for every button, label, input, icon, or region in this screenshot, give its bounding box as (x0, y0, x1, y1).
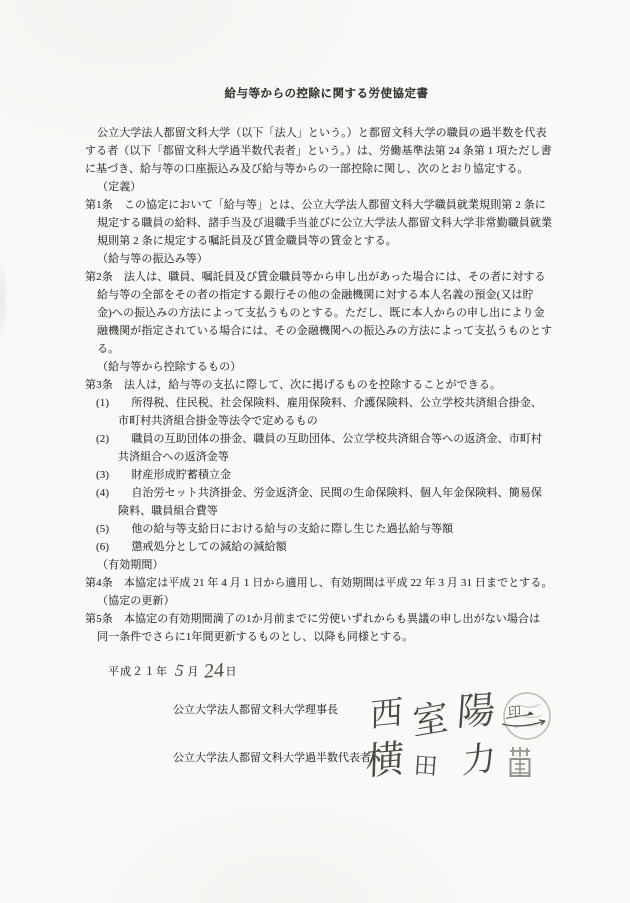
document-line: 規定する職員の給料、諸手当及び退職手当並びに公立大学法人都留文科大学非常勤職員就… (85, 214, 563, 232)
document-line: 公立大学法人都留文科大学（以下「法人」という。）と都留文科大学の職員の過半数を代… (85, 124, 563, 142)
document-line: (1) 所得税、住民税、社会保険料、雇用保険料、介護保険料、公立学校共済組合掛金… (85, 394, 563, 412)
date-day-handwritten: 24 (203, 659, 224, 684)
document-line: 給与等の全部をその者の指定する銀行その他の金融機関に対する本人名義の預金(又は貯 (85, 286, 563, 304)
document-line: （定義） (85, 178, 563, 196)
signature-representative-handwritten: 横田力 (366, 740, 496, 782)
signature-character: 室 (411, 699, 449, 741)
signature-character: 力 (462, 742, 497, 781)
document-line: る。 (85, 340, 563, 358)
date-day-label: 日 (226, 663, 238, 679)
document-title: 給与等からの控除に関する労使協定書 (95, 85, 558, 103)
date-era-printed: 平成２１年 (108, 663, 168, 679)
document-line: (5) 他の給与等支給日における給与の支給に際し生じた過払給与等額 (85, 520, 563, 538)
document-line: （協定の更新） (85, 592, 563, 610)
document-line: する者（以下「都留文科大学過半数代表者」という。）は、労働基準法第 24 条第 … (85, 142, 563, 160)
document-line: に基づき、給与等の口座振込み及び給与等からの一部控除に関し、次のとおり協定する。 (85, 160, 563, 178)
document-line: 第5条 本協定の有効期間満了の1か月前までに労使いずれからも異議の申し出がない場… (85, 610, 563, 628)
signature-character: 西 (370, 697, 403, 734)
document-line: 同一条件でさらに1年間更新するものとし、以降も同様とする。 (85, 628, 563, 646)
seal-arrow-icon (499, 714, 553, 732)
document-line: 共済組合への返済金等 (85, 448, 563, 466)
document-line: 市町村共済組合掛金等法令で定めるもの (85, 412, 563, 430)
document-line: 第2条 法人は、職員、嘱託員及び賃金職員等から申し出があった場合には、その者に対… (85, 268, 563, 286)
document-line: (4) 自治労セット共済掛金、労金返済金、民間の生命保険料、個人年金保険料、簡易… (85, 484, 563, 502)
document-line: 規則第 2 条に規定する嘱託員及び賃金職員等の賃金とする。 (85, 232, 563, 250)
date-month-label: 月 (188, 663, 200, 679)
document-body: 公立大学法人都留文科大学（以下「法人」という。）と都留文科大学の職員の過半数を代… (85, 124, 563, 646)
document-line: 融機関が指定されている場合には、その金融機関への振込みの方法によって支払うものと… (85, 322, 563, 340)
document-line: （給与等から控除するもの） (85, 358, 563, 376)
signer-title-chairman: 公立大学法人都留文科大学理事長 (173, 702, 338, 718)
document-line: (2) 職員の互助団体の掛金、職員の互助団体、公立学校共済組合等への返済金、市町… (85, 430, 563, 448)
signature-character: 田 (413, 754, 439, 780)
document-line: 険料、職員組合費等 (85, 502, 563, 520)
date-month-handwritten: 5 (172, 661, 187, 682)
document-line: 第4条 本協定は平成 21 年 4 月 1 日から適用し、有効期間は平成 22 … (85, 574, 563, 592)
document-line: (3) 財産形成貯蓄積立金 (85, 466, 563, 484)
document-line: （給与等の振込み等） (85, 250, 563, 268)
document-line: 第3条 法人は，給与等の支払に際して、次に掲げるものを控除することができる。 (85, 376, 563, 394)
signer-title-majority-representative: 公立大学法人都留文科大学過半数代表者 (173, 750, 371, 766)
document-line: （有効期間） (85, 556, 563, 574)
document-line: 第1条 この協定において「給与等」とは、公立大学法人都留文科大学職員就業規則第 … (85, 196, 563, 214)
signature-character: 横 (365, 740, 404, 782)
agreement-date-line: 平成２１年 5 月 24 日 (108, 659, 238, 683)
document-line: (6) 懲戒処分としての減給の減給額 (85, 538, 563, 556)
signature-character: 陽 (456, 692, 497, 733)
document-line: 金)への振込みの方法によって支払うものとする。ただし、既に本人からの申し出により… (85, 304, 563, 322)
square-seal-icon (506, 745, 534, 779)
